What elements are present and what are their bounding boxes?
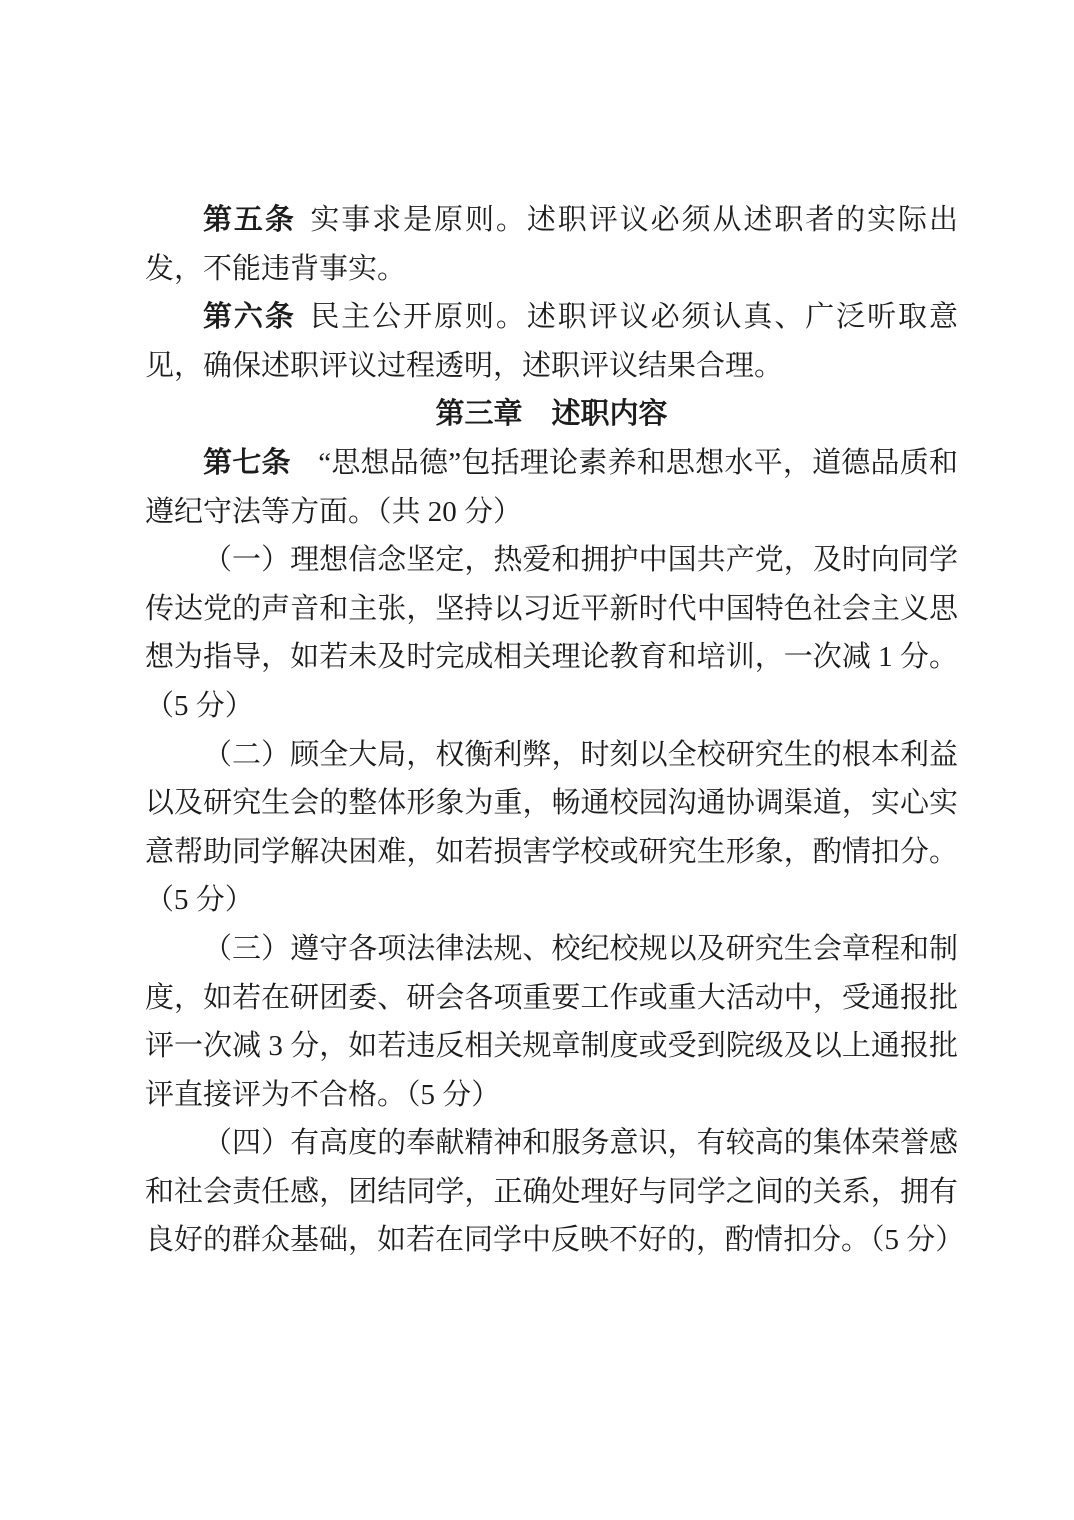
paragraph-article-5: 第五条实事求是原则。述职评议必须从述职者的实际出发，不能违背事实。: [145, 196, 958, 293]
paragraph-item-1: （一）理想信念坚定，热爱和拥护中国共产党，及时向同学传达党的声音和主张，坚持以习…: [145, 536, 958, 730]
document-page: 第五条实事求是原则。述职评议必须从述职者的实际出发，不能违背事实。 第六条民主公…: [0, 0, 1074, 1520]
item-3-text: （三）遵守各项法律法规、校纪校规以及研究生会章程和制度，如若在研团委、研会各项重…: [145, 933, 958, 1111]
paragraph-item-3: （三）遵守各项法律法规、校纪校规以及研究生会章程和制度，如若在研团委、研会各项重…: [145, 925, 958, 1119]
article-7-number: 第七条: [203, 447, 291, 479]
paragraph-article-7: 第七条“思想品德”包括理论素养和思想水平，道德品质和遵纪守法等方面。（共 20 …: [145, 439, 958, 536]
item-2-text: （二）顾全大局，权衡利弊，时刻以全校研究生的根本利益以及研究生会的整体形象为重，…: [145, 739, 958, 917]
article-5-number: 第五条: [203, 204, 296, 236]
paragraph-item-4: （四）有高度的奉献精神和服务意识，有较高的集体荣誉感和社会责任感，团结同学，正确…: [145, 1119, 958, 1265]
item-1-text: （一）理想信念坚定，热爱和拥护中国共产党，及时向同学传达党的声音和主张，坚持以习…: [145, 544, 958, 722]
paragraph-article-6: 第六条民主公开原则。述职评议必须认真、广泛听取意见，确保述职评议过程透明，述职评…: [145, 293, 958, 390]
article-6-number: 第六条: [203, 301, 296, 333]
document-text-block: 第五条实事求是原则。述职评议必须从述职者的实际出发，不能违背事实。 第六条民主公…: [145, 196, 958, 1265]
paragraph-item-2: （二）顾全大局，权衡利弊，时刻以全校研究生的根本利益以及研究生会的整体形象为重，…: [145, 731, 958, 925]
chapter-title: 述职内容: [552, 398, 668, 430]
chapter-number: 第三章: [435, 398, 522, 430]
chapter-heading: 第三章述职内容: [145, 390, 958, 439]
item-4-text: （四）有高度的奉献精神和服务意识，有较高的集体荣誉感和社会责任感，团结同学，正确…: [145, 1127, 964, 1256]
